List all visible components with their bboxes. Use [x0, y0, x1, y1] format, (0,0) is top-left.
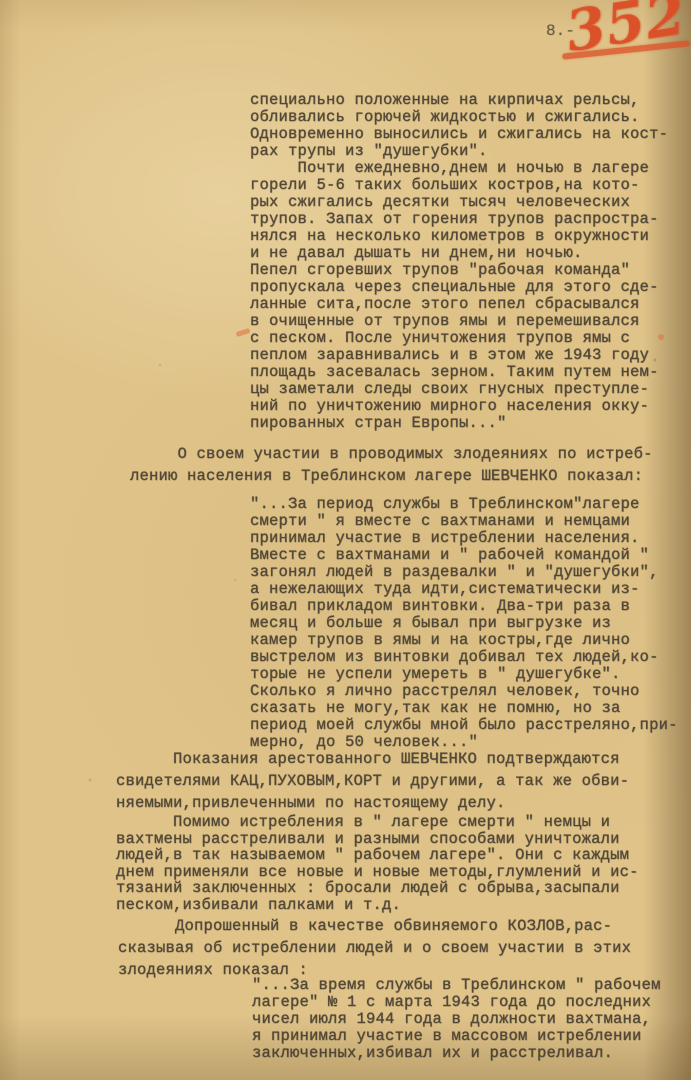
paragraph-kozlov-leadin: Допрошенный в качестве обвиняемого КОЗЛО… [118, 915, 631, 981]
paragraph-witnesses: Показания арестованного ШЕВЧЕНКО подтвер… [116, 748, 629, 814]
paragraph-kozlov-quote: "...За время службы в Треблинском " рабо… [252, 977, 661, 1062]
scanned-document-page: 8.- 352 специально положенные на кирпича… [0, 0, 691, 1080]
red-pencil-margin-tick [236, 328, 251, 337]
paragraph-shevchenko-quote: "...За период службы в Треблинском"лагер… [250, 496, 678, 751]
paragraph-labor-camp: Помимо истребления в " лагере смерти " н… [116, 814, 639, 913]
paragraph-shevchenko-leadin: О своем участии в проводимых злодеяниях … [130, 443, 653, 487]
paragraph-cremation-description: специально положенные на кирпичах рельсы… [250, 92, 668, 432]
